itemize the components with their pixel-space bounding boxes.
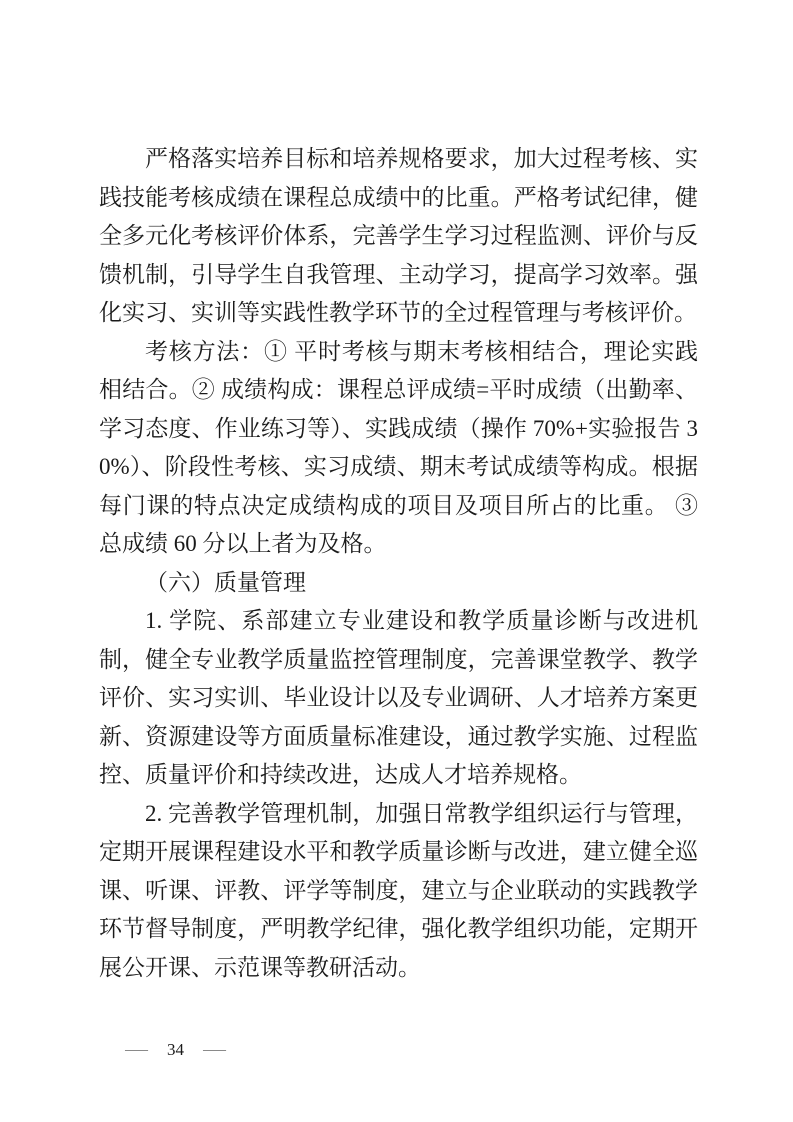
section-heading-quality-management: （六）质量管理 bbox=[99, 564, 698, 603]
footer-dash-left: — bbox=[125, 1040, 148, 1060]
page-footer: — 34 — bbox=[127, 1040, 224, 1060]
paragraph-quality-management-item-2: 2. 完善教学管理机制，加强日常教学组织运行与管理，定期开展课程建设水平和教学质… bbox=[99, 795, 698, 988]
paragraph-quality-management-item-1: 1. 学院、系部建立专业建设和教学质量诊断与改进机制，健全专业教学质量监控管理制… bbox=[99, 602, 698, 795]
paragraph-assessment-methods: 考核方法：① 平时考核与期末考核相结合，理论实践相结合。② 成绩构成：课程总评成… bbox=[99, 333, 698, 564]
document-body: 严格落实培养目标和培养规格要求，加大过程考核、实践技能考核成绩在课程总成绩中的比… bbox=[99, 140, 698, 987]
document-page: 严格落实培养目标和培养规格要求，加大过程考核、实践技能考核成绩在课程总成绩中的比… bbox=[0, 0, 793, 1122]
footer-dash-right: — bbox=[203, 1040, 226, 1060]
page-number: 34 bbox=[167, 1040, 184, 1060]
paragraph-assessment-requirements: 严格落实培养目标和培养规格要求，加大过程考核、实践技能考核成绩在课程总成绩中的比… bbox=[99, 140, 698, 333]
